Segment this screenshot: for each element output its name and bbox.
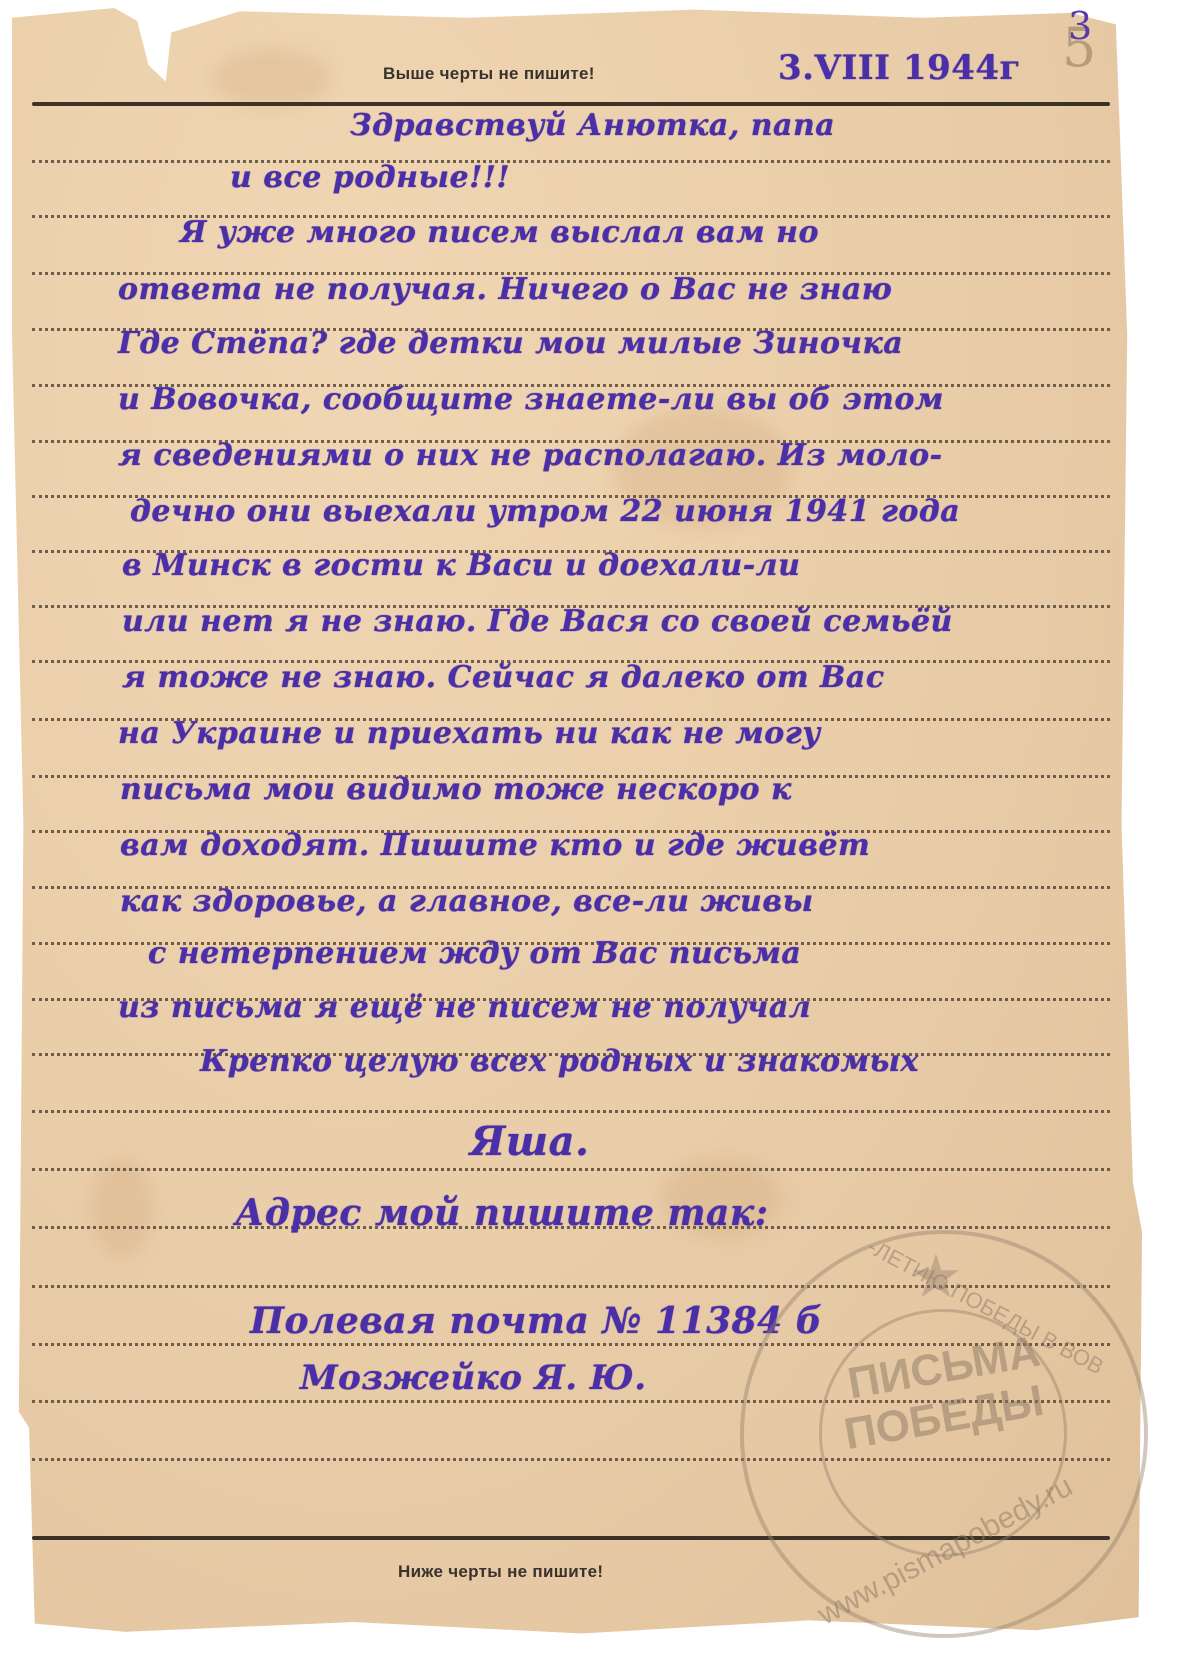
printed-footer: Ниже черты не пишите!	[398, 1562, 603, 1582]
archive-stamp: ★ -ЛЕТИЮ ПОБЕДЫ В ВОВ ПИСЬМА ПОБЕДЫ www.…	[740, 1230, 1148, 1638]
paper-stain	[212, 48, 332, 108]
dotted-rule-line	[32, 1110, 1110, 1113]
printed-header: Выше черты не пишите!	[383, 64, 595, 84]
letter-line: Где Стёпа? где детки мои милые Зиночка	[118, 326, 903, 361]
letter-line: дечно они выехали утром 22 июня 1941 год…	[130, 494, 960, 529]
field-post-number: Полевая почта № 11384 б	[250, 1300, 822, 1342]
letter-line: Крепко целую всех родных и знакомых	[200, 1044, 919, 1079]
top-rule-line	[32, 102, 1110, 106]
letter-line: с нетерпением жду от Вас письма	[148, 936, 801, 971]
letter-line: ответа не получая. Ничего о Вас не знаю	[118, 272, 892, 307]
letter-line: и Вовочка, сообщите знаете-ли вы об этом	[118, 382, 944, 417]
letter-line: я сведениями о них не располагаю. Из мол…	[118, 438, 943, 473]
ink-archive-number: 3	[1068, 4, 1092, 48]
letter-line: на Украине и приехать ни как не могу	[118, 716, 821, 751]
letter-date: 3.VIII 1944г	[778, 48, 1021, 88]
letter-line: вам доходят. Пишите кто и где живёт	[120, 828, 870, 863]
letter-line: Я уже много писем выслал вам но	[180, 215, 819, 250]
letter-line: и все родные!!!	[230, 160, 510, 195]
letter-line: или нет я не знаю. Где Вася со своей сем…	[122, 604, 953, 639]
signature: Яша.	[470, 1118, 589, 1165]
address-intro: Адрес мой пишите так:	[235, 1192, 769, 1234]
paper-stain	[92, 1158, 152, 1258]
letter-line: письма мои видимо тоже нескоро к	[120, 772, 792, 807]
dotted-rule-line	[32, 1168, 1110, 1171]
letter-line: как здоровье, а главное, все-ли живы	[120, 884, 814, 919]
letter-line: из письма я ещё не писем не получал	[118, 990, 811, 1025]
letter-line: Здравствуй Анютка, папа	[350, 108, 835, 143]
dotted-rule-line	[32, 160, 1110, 163]
letter-line: я тоже не знаю. Сейчас я далеко от Вас	[122, 660, 885, 695]
letter-line: в Минск в гости к Васи и доехали-ли	[122, 548, 800, 583]
addressee-name: Мозжейко Я. Ю.	[300, 1358, 647, 1398]
